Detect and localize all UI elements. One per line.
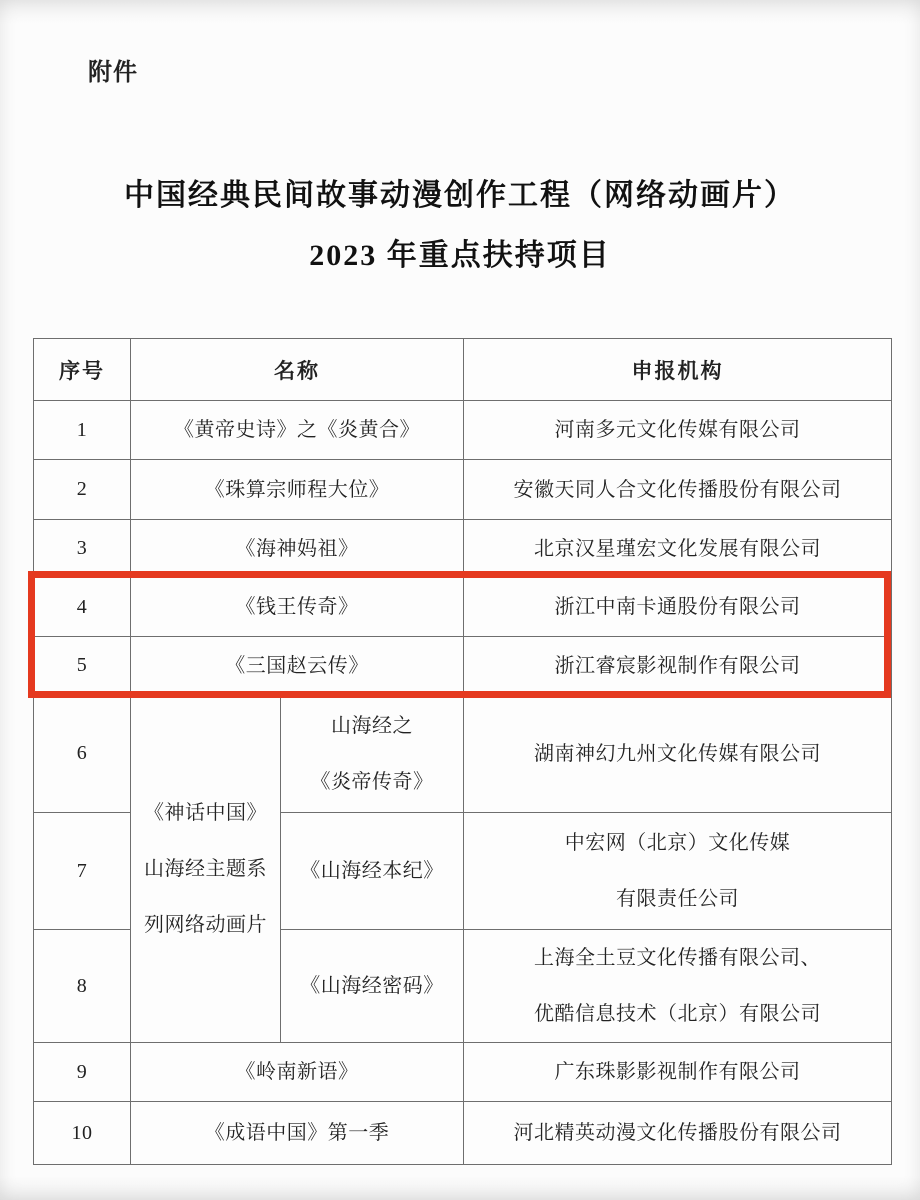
project-name-cell: 《山海经密码》: [281, 930, 464, 1043]
organization-cell: 上海全土豆文化传播有限公司、 优酷信息技术（北京）有限公司: [464, 930, 892, 1043]
project-name-line: 《炎帝传奇》: [283, 754, 461, 810]
attachment-label: 附件: [88, 52, 138, 87]
project-name-line: 山海经之: [283, 698, 461, 754]
header-no: 序号: [34, 339, 131, 401]
row-number-cell: 3: [34, 520, 131, 578]
organization-line: 优酷信息技术（北京）有限公司: [466, 986, 889, 1042]
organization-cell: 安徽天同人合文化传播股份有限公司: [464, 460, 892, 520]
project-name-cell: 《成语中国》第一季: [131, 1102, 464, 1165]
project-name-cell: 《山海经本纪》: [281, 813, 464, 930]
series-group-line: 《神话中国》: [133, 785, 278, 841]
row-number-cell: 10: [34, 1102, 131, 1165]
row-number-cell: 1: [34, 401, 131, 460]
organization-cell: 北京汉星瑾宏文化发展有限公司: [464, 520, 892, 578]
table-row: 10 《成语中国》第一季 河北精英动漫文化传播股份有限公司: [34, 1102, 892, 1165]
series-group-line: 山海经主题系: [133, 841, 278, 897]
organization-line: 有限责任公司: [466, 871, 889, 927]
series-group-cell: 《神话中国》 山海经主题系 列网络动画片: [131, 695, 281, 1043]
row-number-cell: 6: [34, 695, 131, 813]
header-name: 名称: [131, 339, 464, 401]
table-row: 6 《神话中国》 山海经主题系 列网络动画片 山海经之 《炎帝传奇》 湖南神幻九…: [34, 695, 892, 813]
row-number-cell: 5: [34, 637, 131, 695]
table-row-highlighted: 4 《钱王传奇》 浙江中南卡通股份有限公司: [34, 578, 892, 637]
organization-cell: 浙江睿宸影视制作有限公司: [464, 637, 892, 695]
series-group-line: 列网络动画片: [133, 897, 278, 953]
table-header-row: 序号 名称 申报机构: [34, 339, 892, 401]
organization-cell: 湖南神幻九州文化传媒有限公司: [464, 695, 892, 813]
organization-cell: 河南多元文化传媒有限公司: [464, 401, 892, 460]
table-row: 1 《黄帝史诗》之《炎黄合》 河南多元文化传媒有限公司: [34, 401, 892, 460]
row-number-cell: 7: [34, 813, 131, 930]
project-name-cell: 《黄帝史诗》之《炎黄合》: [131, 401, 464, 460]
row-number-cell: 2: [34, 460, 131, 520]
project-name-cell: 《海神妈祖》: [131, 520, 464, 578]
document-title-line2: 2023 年重点扶持项目: [0, 230, 920, 274]
header-org: 申报机构: [464, 339, 892, 401]
row-number-cell: 8: [34, 930, 131, 1043]
table-row-highlighted: 5 《三国赵云传》 浙江睿宸影视制作有限公司: [34, 637, 892, 695]
organization-cell: 河北精英动漫文化传播股份有限公司: [464, 1102, 892, 1165]
organization-cell: 广东珠影影视制作有限公司: [464, 1043, 892, 1102]
project-name-cell: 《三国赵云传》: [131, 637, 464, 695]
project-name-cell: 《珠算宗师程大位》: [131, 460, 464, 520]
document-title-line1: 中国经典民间故事动漫创作工程（网络动画片）: [0, 170, 920, 214]
table-row: 2 《珠算宗师程大位》 安徽天同人合文化传播股份有限公司: [34, 460, 892, 520]
table-row: 9 《岭南新语》 广东珠影影视制作有限公司: [34, 1043, 892, 1102]
projects-table: 序号 名称 申报机构 1 《黄帝史诗》之《炎黄合》 河南多元文化传媒有限公司 2…: [33, 338, 892, 1165]
organization-line: 上海全土豆文化传播有限公司、: [466, 930, 889, 986]
project-name-cell: 《钱王传奇》: [131, 578, 464, 637]
project-name-cell: 山海经之 《炎帝传奇》: [281, 695, 464, 813]
organization-cell: 浙江中南卡通股份有限公司: [464, 578, 892, 637]
table-row: 3 《海神妈祖》 北京汉星瑾宏文化发展有限公司: [34, 520, 892, 578]
organization-line: 中宏网（北京）文化传媒: [466, 815, 889, 871]
row-number-cell: 4: [34, 578, 131, 637]
organization-cell: 中宏网（北京）文化传媒 有限责任公司: [464, 813, 892, 930]
project-name-cell: 《岭南新语》: [131, 1043, 464, 1102]
row-number-cell: 9: [34, 1043, 131, 1102]
